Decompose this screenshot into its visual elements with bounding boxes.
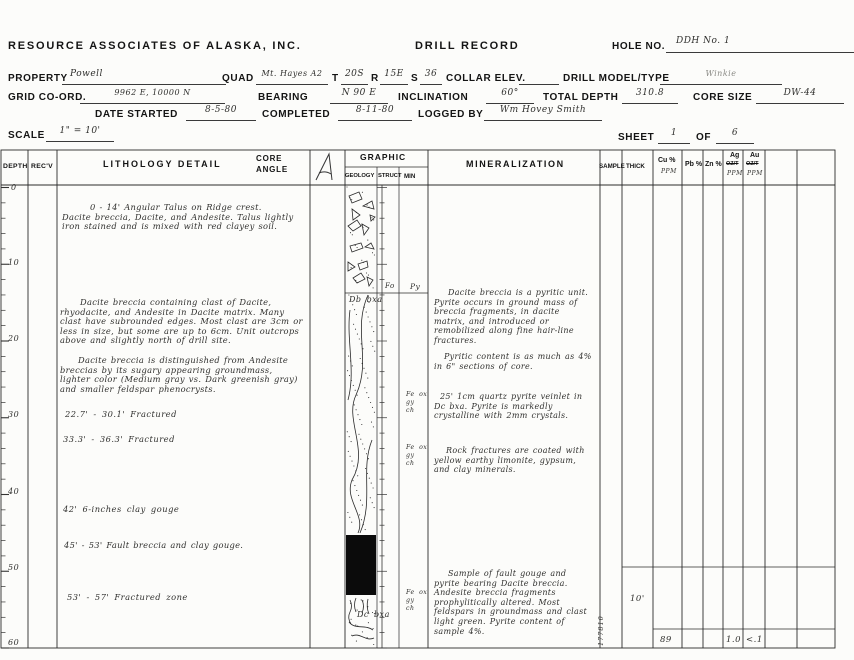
depth-label-30: 30 [8, 410, 19, 419]
col-core-angle-label: CORE ANGLE [256, 153, 288, 175]
lithology-entry: Dacite breccia is distinguished from And… [60, 356, 306, 394]
mineralization-entry: Sample of fault gouge and pyrite bearing… [434, 569, 594, 636]
col-mineralization-label: MINERALIZATION [466, 159, 565, 169]
lithology-entry: 42' 6-inches clay gouge [63, 504, 179, 514]
col-geology-label: GEOLOGY [345, 173, 374, 179]
col-thick-label: THICK [626, 163, 645, 170]
depth-label-60: 60 [8, 638, 19, 647]
col-au-ppm-label: PPM [747, 170, 763, 177]
mineralization-entry: Dacite breccia is a pyritic unit. Pyrite… [434, 288, 592, 346]
lithology-entry: 53' - 57' Fractured zone [67, 592, 188, 602]
sample-number: 177810 [597, 615, 605, 646]
col-au-label: Au [750, 152, 759, 159]
struct-note-fo: Fo [385, 282, 395, 290]
min-note-feox: Fe ox gy ch [406, 444, 427, 468]
mineralization-entry: Pyritic content is as much as 4% in 6" s… [434, 352, 592, 371]
col-pb-label: Pb % [685, 161, 702, 168]
lithology-entry: Dacite breccia containing clast of Dacit… [60, 298, 306, 346]
col-ag-ppm-label: PPM [727, 170, 743, 177]
depth-label-10: 10 [8, 258, 19, 267]
col-cu-ppm-label: PPM [661, 168, 677, 175]
lithology-entry: 0 - 14' Angular Talus on Ridge crest. Da… [62, 203, 294, 232]
col-cu-label: Cu % [658, 157, 676, 164]
geology-unit-label-db-bxa: Db bxa [349, 295, 382, 304]
col-ag-ozt-label: OZ/T [726, 161, 739, 167]
lithology-entry: 45' - 53' Fault breccia and clay gouge. [59, 541, 294, 551]
col-zn-label: Zn % [705, 161, 722, 168]
col-recv-label: REC'V [31, 163, 53, 170]
col-ag-label: Ag [730, 152, 739, 159]
core-angle-symbol [316, 154, 332, 180]
min-note-feox: Fe ox gy ch [406, 391, 427, 415]
col-au-ozt-label: OZ/T [746, 161, 759, 167]
lithology-entry: 33.3' - 36.3' Fractured [63, 434, 175, 444]
min-note-feox: Fe ox gy ch [406, 589, 427, 613]
depth-label-50: 50 [8, 563, 19, 572]
depth-label-20: 20 [8, 334, 19, 343]
col-min-label: MIN [404, 173, 415, 180]
col-struct-label: STRUCT [378, 173, 402, 179]
col-sample-label: SAMPLE [599, 163, 625, 170]
geology-graphic [346, 192, 376, 639]
thickness-value: 10' [630, 594, 645, 604]
col-lithology-label: LITHOLOGY DETAIL [103, 159, 222, 169]
depth-label-40: 40 [8, 487, 19, 496]
mineralization-entry: 25' 1cm quartz pyrite veinlet in Dc bxa.… [434, 392, 592, 421]
depth-label-0: 0 [11, 183, 17, 192]
au-ppm-value: <.1 [746, 635, 763, 645]
mineralization-entry: Rock fractures are coated with yellow ea… [434, 446, 592, 475]
min-note-py: Py [410, 282, 420, 291]
lithology-entry: 22.7' - 30.1' Fractured [65, 409, 177, 419]
col-graphic-label: GRAPHIC [360, 152, 406, 162]
col-depth-label: DEPTH [3, 163, 28, 170]
geology-unit-label-dc-bxa: Dc bxa [357, 610, 390, 619]
drill-record-sheet: RESOURCE ASSOCIATES OF ALASKA, INC. DRIL… [0, 0, 854, 660]
ag-ppm-value: 1.0 [726, 635, 741, 645]
cu-ppm-value: 89 [660, 635, 672, 645]
